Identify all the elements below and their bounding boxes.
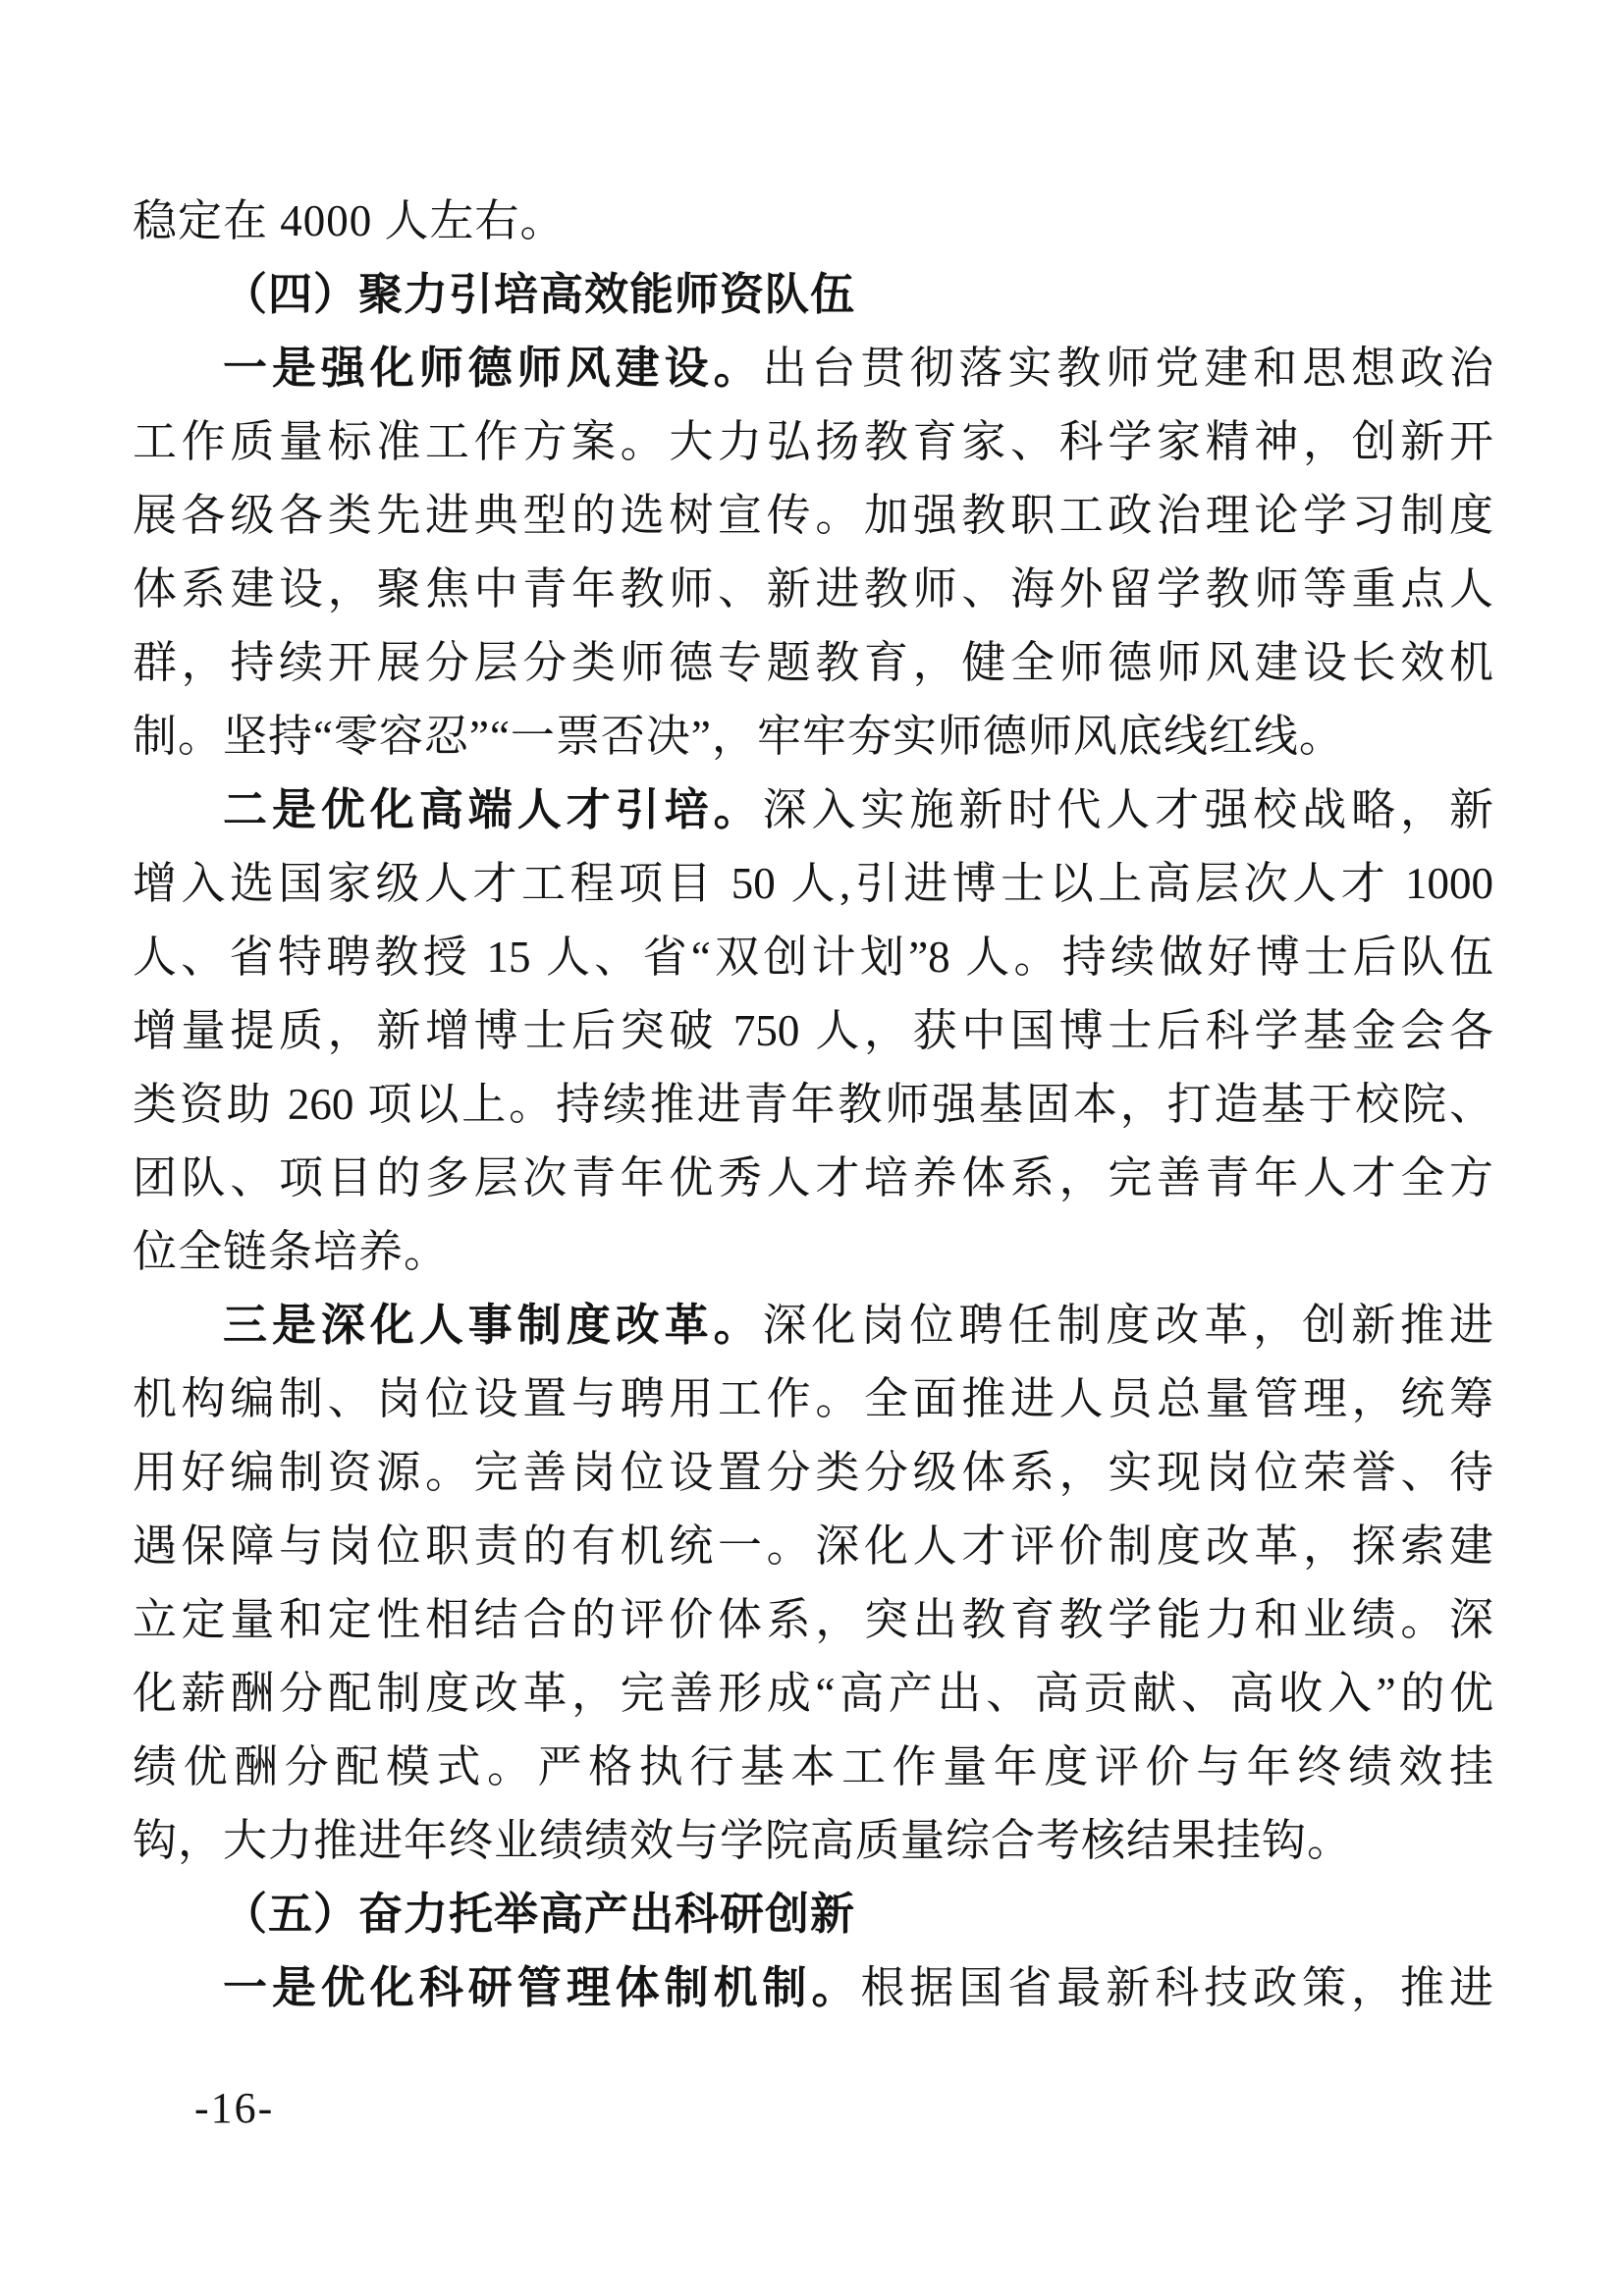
line-text: 群，持续开展分层分类师德专题教育，健全师德师风建设长效机 [133,638,1493,687]
heading-line: （五）奋力托举高产出科研创新 [133,1878,1493,1951]
text-line: 位全链条培养。 [133,1215,1493,1289]
line-text: 类资助 260 项以上。持续推进青年教师强基固本，打造基于校院、 [133,1080,1493,1129]
text-line: 稳定在 4000 人左右。 [133,185,1493,258]
text-line: 工作质量标准工作方案。大力弘扬教育家、科学家精神，创新开 [133,405,1493,479]
text-line: 团队、项目的多层次青年优秀人才培养体系，完善青年人才全方 [133,1142,1493,1215]
heading-text: （五）奋力托举高产出科研创新 [223,1890,855,1939]
line-text: 机构编制、岗位设置与聘用工作。全面推进人员总量管理，统筹 [133,1374,1493,1423]
line-text: 展各级各类先进典型的选树宣传。加强教职工政治理论学习制度 [133,491,1493,540]
text-line: 体系建设，聚焦中青年教师、新进教师、海外留学教师等重点人 [133,553,1493,626]
bold-lead-text: 二是优化高端人才引培。 [223,785,763,834]
text-line: 三是深化人事制度改革。深化岗位聘任制度改革，创新推进 [133,1289,1493,1362]
line-text: 工作质量标准工作方案。大力弘扬教育家、科学家精神，创新开 [133,417,1493,466]
document-page: 稳定在 4000 人左右。（四）聚力引培高效能师资队伍一是强化师德师风建设。出台… [0,0,1624,2296]
text-line: 一是强化师德师风建设。出台贯彻落实教师党建和思想政治 [133,332,1493,405]
line-text: 深化岗位聘任制度改革，创新推进 [763,1301,1493,1350]
text-line: 遇保障与岗位职责的有机统一。深化人才评价制度改革，探索建 [133,1510,1493,1583]
page-number: -16- [194,2079,274,2138]
line-text: 增量提质，新增博士后突破 750 人，获中国博士后科学基金会各 [133,1006,1493,1055]
text-line: 立定量和定性相结合的评价体系，突出教育教学能力和业绩。深 [133,1583,1493,1657]
line-text: 团队、项目的多层次青年优秀人才培养体系，完善青年人才全方 [133,1153,1493,1202]
text-line: 化薪酬分配制度改革，完善形成“高产出、高贡献、高收入”的优 [133,1657,1493,1731]
text-line: 增入选国家级人才工程项目 50 人,引进博士以上高层次人才 1000 [133,847,1493,921]
line-text: 化薪酬分配制度改革，完善形成“高产出、高贡献、高收入”的优 [133,1669,1493,1718]
line-text: 钩，大力推进年终业绩绩效与学院高质量综合考核结果挂钩。 [133,1816,1352,1865]
line-text: 出台贯彻落实教师党建和思想政治 [763,344,1493,393]
text-line: 展各级各类先进典型的选树宣传。加强教职工政治理论学习制度 [133,479,1493,553]
bold-lead-text: 一是强化师德师风建设。 [223,344,763,393]
heading-line: （四）聚力引培高效能师资队伍 [133,258,1493,332]
line-text: 遇保障与岗位职责的有机统一。深化人才评价制度改革，探索建 [133,1522,1493,1571]
line-text: 用好编制资源。完善岗位设置分类分级体系，实现岗位荣誉、待 [133,1448,1493,1497]
text-line: 群，持续开展分层分类师德专题教育，健全师德师风建设长效机 [133,626,1493,700]
text-line: 一是优化科研管理体制机制。根据国省最新科技政策，推进 [133,1951,1493,2025]
bold-lead-text: 一是优化科研管理体制机制。 [223,1963,860,2012]
text-line: 钩，大力推进年终业绩绩效与学院高质量综合考核结果挂钩。 [133,1804,1493,1878]
document-body: 稳定在 4000 人左右。（四）聚力引培高效能师资队伍一是强化师德师风建设。出台… [133,185,1493,2025]
line-text: 深入实施新时代人才强校战略，新 [763,785,1493,834]
line-text: 体系建设，聚焦中青年教师、新进教师、海外留学教师等重点人 [133,564,1493,614]
line-text: 人、省特聘教授 15 人、省“双创计划”8 人。持续做好博士后队伍 [133,933,1493,982]
text-line: 绩优酬分配模式。严格执行基本工作量年度评价与年终绩效挂 [133,1731,1493,1804]
text-line: 增量提质，新增博士后突破 750 人，获中国博士后科学基金会各 [133,994,1493,1068]
line-text: 增入选国家级人才工程项目 50 人,引进博士以上高层次人才 1000 [133,859,1493,908]
line-text: 根据国省最新科技政策，推进 [860,1963,1493,2012]
text-line: 二是优化高端人才引培。深入实施新时代人才强校战略，新 [133,774,1493,847]
heading-text: （四）聚力引培高效能师资队伍 [223,270,855,319]
bold-lead-text: 三是深化人事制度改革。 [223,1301,763,1350]
text-line: 机构编制、岗位设置与聘用工作。全面推进人员总量管理，统筹 [133,1362,1493,1436]
line-text: 位全链条培养。 [133,1227,449,1276]
line-text: 稳定在 4000 人左右。 [133,196,566,245]
text-line: 制。坚持“零容忍”“一票否决”，牢牢夯实师德师风底线红线。 [133,700,1493,774]
text-line: 人、省特聘教授 15 人、省“双创计划”8 人。持续做好博士后队伍 [133,921,1493,994]
line-text: 制。坚持“零容忍”“一票否决”，牢牢夯实师德师风底线红线。 [133,712,1344,761]
line-text: 绩优酬分配模式。严格执行基本工作量年度评价与年终绩效挂 [133,1742,1493,1791]
text-line: 用好编制资源。完善岗位设置分类分级体系，实现岗位荣誉、待 [133,1436,1493,1510]
line-text: 立定量和定性相结合的评价体系，突出教育教学能力和业绩。深 [133,1595,1493,1644]
text-line: 类资助 260 项以上。持续推进青年教师强基固本，打造基于校院、 [133,1068,1493,1142]
